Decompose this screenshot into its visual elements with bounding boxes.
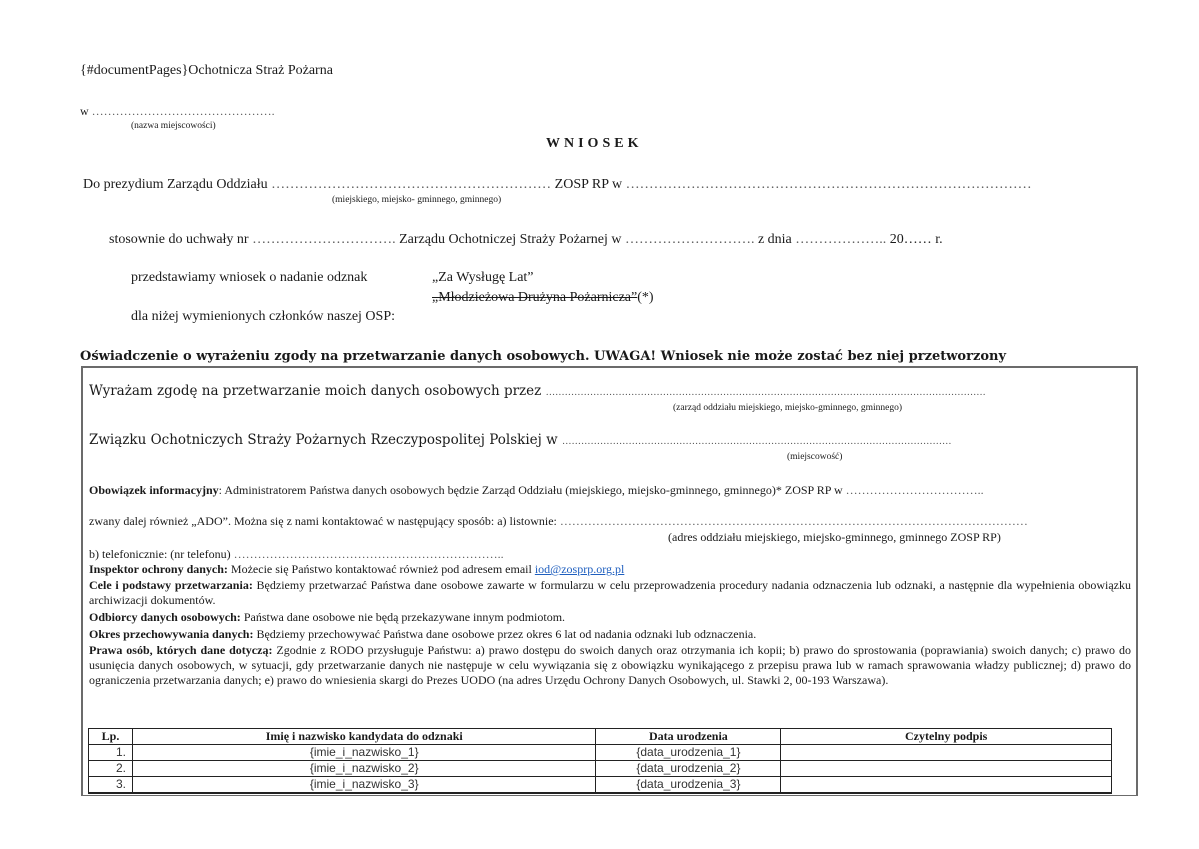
row-dob[interactable]: {data_urodzenia_2} <box>596 761 781 777</box>
info-purpose: Cele i podstawy przetwarzania: Będziemy … <box>89 578 1131 608</box>
row-name[interactable]: {imie_i_nazwisko_3} <box>132 777 596 794</box>
info-obligation: Obowiązek informacyjny: Administratorem … <box>89 483 984 498</box>
consent-heading: Oświadczenie o wyrażeniu zgody na przetw… <box>80 349 1006 364</box>
row-lp: 1. <box>89 745 133 761</box>
info-address-hint: (adres oddziału miejskiego, miejsko-gmin… <box>668 530 1001 545</box>
candidates-table: Lp. Imię i nazwisko kandydata do odznaki… <box>88 728 1112 794</box>
header-signature: Czytelny podpis <box>781 729 1112 745</box>
addressee-mid: ZOSP RP w <box>555 177 622 192</box>
org-line: {#documentPages}Ochotnicza Straż Pożarna <box>80 63 333 79</box>
resolution-date-field[interactable]: ……………….. <box>795 232 886 247</box>
info-inspector-label: Inspektor ochrony danych: <box>89 562 228 576</box>
request-text: przedstawiamy wniosek o nadanie odznak <box>131 270 367 286</box>
row-lp: 3. <box>89 777 133 794</box>
resolution-mid: Zarządu Ochotniczej Straży Pożarnej w <box>399 232 621 247</box>
addressee-line: Do prezydium Zarządu Oddziału …………………………… <box>83 177 1032 193</box>
badge-option-mark: (*) <box>637 290 653 305</box>
info-rights-label: Prawa osób, których dane dotyczą: <box>89 643 272 657</box>
addressee-prefix: Do prezydium Zarządu Oddziału <box>83 177 268 192</box>
resolution-prefix: stosownie do uchwały nr <box>109 232 249 247</box>
row-dob[interactable]: {data_urodzenia_1} <box>596 745 781 761</box>
info-inspector-text: Możecie się Państwo kontaktować również … <box>231 562 532 576</box>
row-dob[interactable]: {data_urodzenia_3} <box>596 777 781 794</box>
info-contact: zwany dalej również „ADO”. Można się z n… <box>89 514 1028 529</box>
document-title: WNIOSEK <box>546 136 642 152</box>
place-prefix: w <box>80 104 89 118</box>
info-address-field[interactable]: ……………………………………………………………………………………………………… <box>560 514 1028 528</box>
info-inspector: Inspektor ochrony danych: Możecie się Pa… <box>89 562 1131 577</box>
info-retention: Okres przechowywania danych: Będziemy pr… <box>89 627 1131 642</box>
info-recipients-label: Odbiorcy danych osobowych: <box>89 610 241 624</box>
info-retention-text: Będziemy przechowywać Państwa dane osobo… <box>256 627 756 641</box>
inspector-email-link[interactable]: iod@zosprp.org.pl <box>535 562 625 576</box>
consent-city-hint: (miejscowość) <box>787 452 842 462</box>
addressee-hint: (miejskiego, miejsko- gminnego, gminnego… <box>332 195 501 205</box>
info-phone: b) telefonicznie: (nr telefonu) ……………………… <box>89 547 504 562</box>
consent-line-1-text: Wyrażam zgodę na przetwarzanie moich dan… <box>89 383 541 399</box>
place-field[interactable]: ………………………………………. <box>92 104 275 118</box>
consent-line-2-text: Związku Ochotniczych Straży Pożarnych Rz… <box>89 432 558 448</box>
table-row: 1. {imie_i_nazwisko_1} {data_urodzenia_1… <box>89 745 1112 761</box>
info-contact-text: zwany dalej również „ADO”. Można się z n… <box>89 514 557 528</box>
row-name[interactable]: {imie_i_nazwisko_1} <box>132 745 596 761</box>
resolution-line: stosownie do uchwały nr …………………………. Zarz… <box>109 232 943 248</box>
members-line: dla niżej wymienionych członków naszej O… <box>131 309 395 325</box>
place-line: w ………………………………………. <box>80 104 275 119</box>
branch-city-field[interactable]: …………………………………………………………………………… <box>626 177 1032 192</box>
info-obligation-label: Obowiązek informacyjny <box>89 483 219 497</box>
table-row: 2. {imie_i_nazwisko_2} {data_urodzenia_2… <box>89 761 1112 777</box>
info-purpose-label: Cele i podstawy przetwarzania: <box>89 578 253 592</box>
consent-box-bottom-divider <box>81 795 1138 796</box>
info-retention-label: Okres przechowywania danych: <box>89 627 253 641</box>
branch-field[interactable]: …………………………………………………… <box>271 177 551 192</box>
place-hint: (nazwa miejscowości) <box>131 121 216 131</box>
badge-option-mdp: „Młodzieżowa Drużyna Pożarnicza”(*) <box>432 290 654 306</box>
row-lp: 2. <box>89 761 133 777</box>
info-phone-text: b) telefonicznie: (nr telefonu) <box>89 547 231 561</box>
consent-board-field[interactable]: …………………………………………………………………………………………………………… <box>546 387 986 398</box>
consent-line-2: Związku Ochotniczych Straży Pożarnych Rz… <box>89 432 951 448</box>
row-name[interactable]: {imie_i_nazwisko_2} <box>132 761 596 777</box>
header-name: Imię i nazwisko kandydata do odznaki <box>132 729 596 745</box>
consent-city-field[interactable]: …………………………………………………………………………………………………………… <box>562 436 952 447</box>
info-obligation-field[interactable]: …………………………….. <box>846 483 984 497</box>
header-lp: Lp. <box>89 729 133 745</box>
info-obligation-text: : Administratorem Państwa danych osobowy… <box>219 483 843 497</box>
info-recipients: Odbiorcy danych osobowych: Państwa dane … <box>89 610 1131 625</box>
table-header-row: Lp. Imię i nazwisko kandydata do odznaki… <box>89 729 1112 745</box>
row-signature[interactable] <box>781 777 1112 794</box>
consent-line-1: Wyrażam zgodę na przetwarzanie moich dan… <box>89 383 986 399</box>
header-dob: Data urodzenia <box>596 729 781 745</box>
info-phone-field[interactable]: ………………………………………………………….. <box>234 547 504 561</box>
resolution-year-field[interactable]: 20…… <box>890 232 932 247</box>
info-rights: Prawa osób, których dane dotyczą: Zgodni… <box>89 643 1131 688</box>
row-signature[interactable] <box>781 761 1112 777</box>
row-signature[interactable] <box>781 745 1112 761</box>
info-recipients-text: Państwa dane osobowe nie będą przekazywa… <box>244 610 565 624</box>
table-row: 3. {imie_i_nazwisko_3} {data_urodzenia_3… <box>89 777 1112 794</box>
resolution-city-field[interactable]: ………………………. <box>625 232 755 247</box>
resolution-suffix: r. <box>935 232 942 247</box>
resolution-date-label: z dnia <box>758 232 792 247</box>
badge-option-mdp-label: „Młodzieżowa Drużyna Pożarnicza” <box>432 290 637 305</box>
resolution-number-field[interactable]: …………………………. <box>252 232 396 247</box>
consent-board-hint: (zarząd oddziału miejskiego, miejsko-gmi… <box>673 403 902 413</box>
badge-option-wysluga: „Za Wysługę Lat” <box>432 270 534 286</box>
